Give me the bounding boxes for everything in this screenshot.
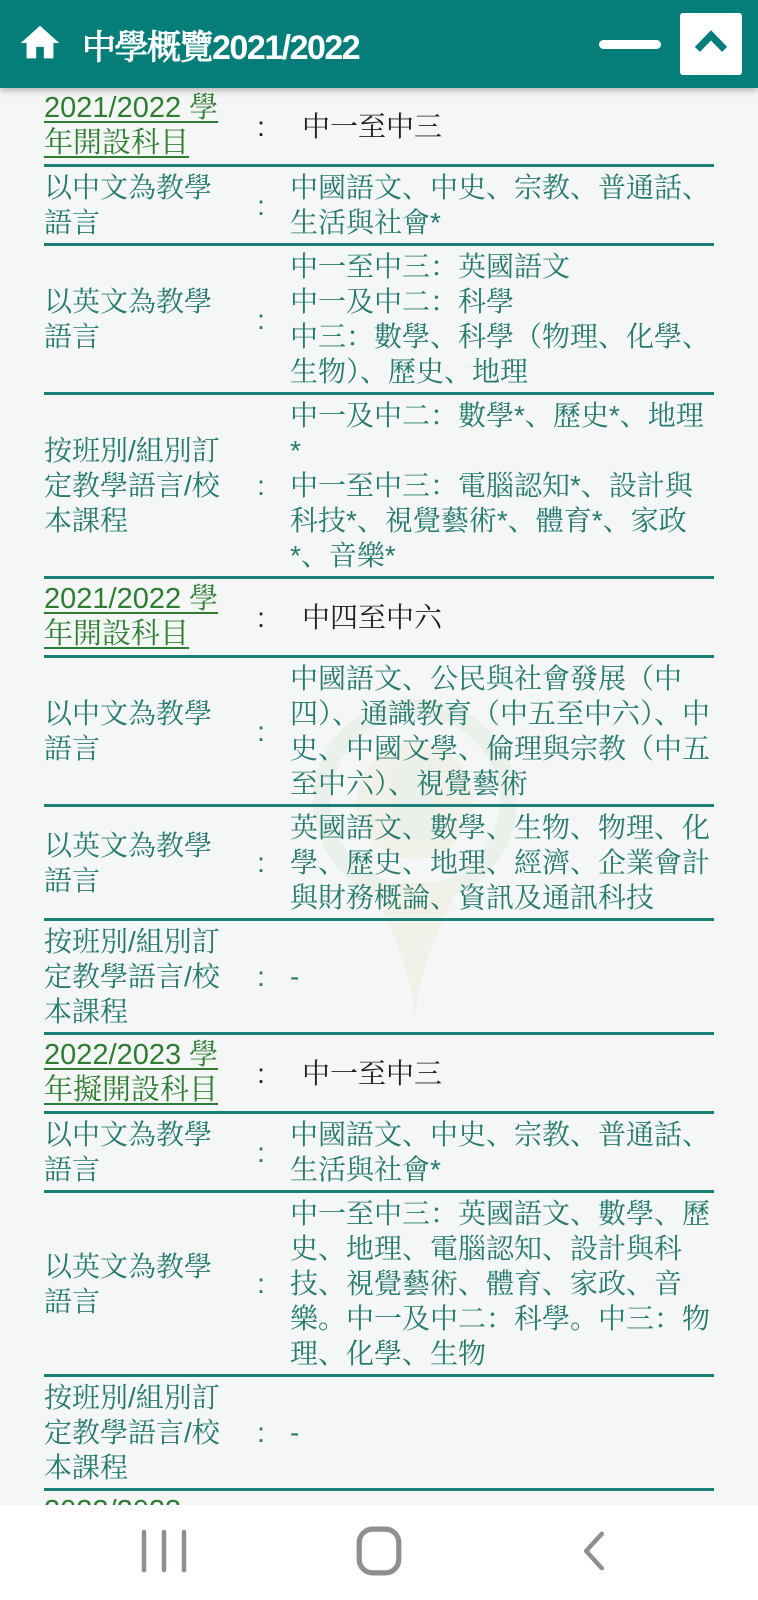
table-row: 以中文為教學語言 : 中國語文、中史、宗教、普通話、生活與社會* [44,1114,714,1193]
recents-button[interactable] [126,1515,202,1591]
table-row: 按班別/組別訂定教學語言/校本課程 : - [44,921,714,1035]
colon-separator: : [232,1135,290,1170]
home-outline-icon [356,1526,402,1579]
table-row: 以英文為教學語言 : 中一至中三：英國語文、數學、歷史、地理、電腦認知、設計與科… [44,1193,714,1377]
row-value: 中一至中三 [290,1056,714,1091]
row-value: 中四至中六 [290,600,714,635]
page-title: 中學概覽2021/2022 [82,20,592,69]
colon-separator: : [232,302,290,337]
row-label: 以中文為教學語言 [44,696,232,766]
menu-button[interactable] [592,13,668,75]
row-value: 英國語文、數學、生物、物理、化學、歷史、地理、經濟、企業會計與財務概論、資訊及通… [290,810,714,915]
table-row-partial: 2022/2023 [44,1491,714,1505]
subjects-table: 2021/2022 學年開設科目 : 中一至中三 以中文為教學語言 : 中國語文… [0,88,758,1505]
row-value: - [290,1415,714,1450]
colon-separator: : [232,1266,290,1301]
row-label: 按班別/組別訂定教學語言/校本課程 [44,1380,232,1485]
table-row: 以英文為教學語言 : 中一至中三：英國語文 中一及中二：科學 中三：數學、科學（… [44,246,714,395]
colon-separator: : [232,600,290,635]
row-label: 按班別/組別訂定教學語言/校本課程 [44,433,232,538]
colon-separator: : [232,468,290,503]
android-navbar [0,1505,758,1600]
nav-home-button[interactable] [341,1515,417,1591]
colon-separator: : [232,714,290,749]
section-year-link[interactable]: 2022/2023 [44,1494,232,1505]
row-value: 中一至中三 [290,109,714,144]
recents-icon [138,1528,190,1577]
row-label: 按班別/組別訂定教學語言/校本課程 [44,924,232,1029]
row-label: 以英文為教學語言 [44,1249,232,1319]
row-label: 以英文為教學語言 [44,284,232,354]
phone-screen: 中學概覽2021/2022 2021/2022 學年開設科目 : 中 [0,0,758,1600]
colon-separator: : [232,845,290,880]
section-year-link[interactable]: 2022/2023 學年擬開設科目 [44,1038,232,1108]
back-button[interactable] [556,1515,632,1591]
table-row: 2021/2022 學年開設科目 : 中四至中六 [44,579,714,658]
colon-separator: : [232,1056,290,1091]
row-label: 以中文為教學語言 [44,1117,232,1187]
row-value: 中國語文、中史、宗教、普通話、生活與社會* [290,1117,714,1187]
home-button[interactable] [12,16,68,72]
row-value: - [290,959,714,994]
colon-separator: : [232,109,290,144]
scroll-top-button[interactable] [680,13,742,75]
home-icon [17,20,63,69]
table-row: 按班別/組別訂定教學語言/校本課程 : - [44,1377,714,1491]
row-value: 中一至中三：英國語文、數學、歷史、地理、電腦認知、設計與科技、視覺藝術、體育、家… [290,1196,714,1371]
table-row: 以中文為教學語言 : 中國語文、中史、宗教、普通話、生活與社會* [44,167,714,246]
back-icon [576,1529,612,1576]
colon-separator: : [232,188,290,223]
row-value: 中一至中三：英國語文 中一及中二：科學 中三：數學、科學（物理、化學、生物）、歷… [290,249,714,389]
section-year-link[interactable]: 2021/2022 學年開設科目 [44,582,232,652]
hamburger-menu-icon [599,40,661,49]
row-label: 以英文為教學語言 [44,828,232,898]
table-row: 2021/2022 學年開設科目 : 中一至中三 [44,88,714,167]
colon-separator: : [232,959,290,994]
table-row: 2022/2023 學年擬開設科目 : 中一至中三 [44,1035,714,1114]
table-row: 以中文為教學語言 : 中國語文、公民與社會發展（中四）、通識教育（中五至中六）、… [44,658,714,807]
row-value: 中國語文、公民與社會發展（中四）、通識教育（中五至中六）、中史、中國文學、倫理與… [290,661,714,801]
row-value: 中一及中二：數學*、歷史*、地理* 中一至中三：電腦認知*、設計與科技*、視覺藝… [290,398,714,573]
app-header: 中學概覽2021/2022 [0,0,758,88]
row-value: 中國語文、中史、宗教、普通話、生活與社會* [290,170,714,240]
colon-separator: : [232,1415,290,1450]
section-year-link[interactable]: 2021/2022 學年開設科目 [44,91,232,161]
row-label: 以中文為教學語言 [44,170,232,240]
chevron-up-icon [687,19,735,70]
table-row: 按班別/組別訂定教學語言/校本課程 : 中一及中二：數學*、歷史*、地理* 中一… [44,395,714,579]
table-row: 以英文為教學語言 : 英國語文、數學、生物、物理、化學、歷史、地理、經濟、企業會… [44,807,714,921]
